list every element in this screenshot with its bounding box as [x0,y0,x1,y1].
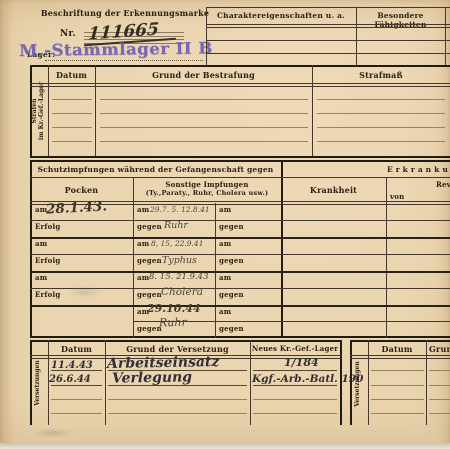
row-label: gegen [137,256,162,265]
fill-line [108,413,247,414]
pencil-smudge [32,429,74,437]
grid-line [30,340,32,425]
vacc-date-handwritten: 29.7. 5. 12.8.41 [150,205,210,214]
pencil-smudge [68,286,102,298]
fill-line [253,370,337,371]
grid-line [206,40,450,41]
row-label: Erfolg [35,222,60,231]
grid-line [30,83,450,84]
fill-line [371,399,424,400]
grid-line [30,254,450,255]
grid-line [30,237,450,239]
pox-column-header: Pocken [30,185,133,195]
row-label: am [219,239,231,248]
grid-line [30,177,450,178]
grid-line [30,65,450,67]
vacc-against-handwritten: Cholera [161,286,203,298]
fill-line [52,113,92,114]
vacc-date-handwritten: 8. 15. 21.9.43 [149,272,208,282]
row-label: am [137,205,149,214]
transfers-newcamp-header: Neues Kr.-Gef.-Lager [250,344,340,353]
transfers-reason-header: Grund der Versetzung [105,344,250,354]
fill-line [371,385,424,386]
transfer-reason-handwritten: Verlegung [112,369,192,386]
pox-date-handwritten: 28.1.43. [46,198,108,217]
tag-inscription-title: Beschriftung der Erkennungsmarke [38,8,212,18]
row-label: am [219,205,231,214]
row-label: am [35,239,47,248]
row-label: Erfolg [35,290,60,299]
grid-line [30,220,450,221]
rev-column-header: Rev [436,180,450,189]
grid-line [30,305,450,307]
row-label: gegen [219,290,244,299]
grid-line [206,53,450,54]
vaccinations-title: Schutzimpfungen während der Gefangenscha… [30,165,281,174]
transfer-camp-handwritten: 1/184 [284,356,319,369]
fill-line [253,385,337,386]
transfers-side-label: Versetzungen [354,344,364,424]
grid-line [30,336,450,338]
row-label: am [219,307,231,316]
fill-line [371,413,424,414]
fill-line [51,413,102,414]
row-label: gegen [137,290,162,299]
fill-line [100,99,308,100]
fill-line [317,113,445,114]
grid-line [30,160,450,162]
grid-line [206,7,450,8]
grid-line [30,340,342,342]
fill-line [52,99,92,100]
fill-line [429,370,450,371]
fill-line [100,127,308,128]
vacc-against-handwritten: Typhus [162,255,197,266]
row-label: gegen [219,324,244,333]
pow-registration-card: Beschriftung der Erkennungsmarke Nr. 111… [0,0,450,449]
fill-line [253,399,337,400]
grid-line [30,86,450,87]
vacc-against-handwritten: Ruhr [159,316,187,330]
fill-line [317,141,445,142]
row-label: Erfolg [35,256,60,265]
traits-column-header: Charaktereigenschaften u. a. [206,11,356,20]
camp-stamp: M.-Stammlager II B [19,38,213,60]
fill-line [253,413,337,414]
grid-line [206,27,450,28]
grid-line [30,156,450,158]
row-label: gegen [137,222,162,231]
row-label: am [137,239,149,248]
other-vacc-header-line2: (Ty.,Paraty., Ruhr, Cholera usw.) [133,189,281,197]
fill-line [52,127,92,128]
row-label: am [219,273,231,282]
punishments-side-label: Strafen im Kr.-Gef.-Lager [31,69,47,153]
row-label: am [35,273,47,282]
grid-line [426,340,427,425]
fill-line [108,399,247,400]
fill-line [100,113,308,114]
transfer-camp-handwritten: Kgf.-Arb.-Batl. 190 [252,373,363,385]
fill-line [317,99,445,100]
fill-line [429,413,450,414]
grid-line [350,340,450,342]
dotted-fill-line [45,60,203,61]
von-column-header: von [390,192,404,201]
grid-line [445,7,446,65]
grid-line [350,340,352,425]
fill-line [51,399,102,400]
illness-column-header: Krankheit [281,185,386,195]
row-label: am [137,273,149,282]
fill-line [52,141,92,142]
illness-title: Erkranku [387,165,450,174]
transfers-date-header: Datum [48,344,105,354]
punishments-sentence-header: Strafmaß [312,70,450,80]
grid-line [350,358,450,359]
punishments-reason-header: Grund der Bestrafung [95,70,312,80]
fill-line [100,141,308,142]
row-label: gegen [219,222,244,231]
transfer-date-handwritten: 11.4.43 [51,360,93,371]
fill-line [51,385,102,386]
vacc-date-handwritten: 8, 15, 22.9.41 [151,239,203,248]
other-vacc-header-line1: Sonstige Impfungen [133,180,281,189]
scan-edge [0,443,450,449]
transfers-date-header: Datum [368,344,426,354]
nr-label: Nr. [60,29,76,39]
grid-line [206,24,450,25]
fill-line [317,127,445,128]
row-label: gegen [137,324,162,333]
grid-line [30,271,450,273]
transfers-reason-header: Grund der [429,344,450,354]
fill-line [429,399,450,400]
row-label: gegen [219,256,244,265]
vacc-against-handwritten: Ruhr [164,220,188,231]
punishments-date-header: Datum [48,70,95,80]
fill-line [429,385,450,386]
vacc-date-handwritten: 29.10.44 [147,302,201,315]
fill-line [371,370,424,371]
grid-line [350,355,450,356]
transfer-date-handwritten: 26.6.44 [49,374,91,385]
